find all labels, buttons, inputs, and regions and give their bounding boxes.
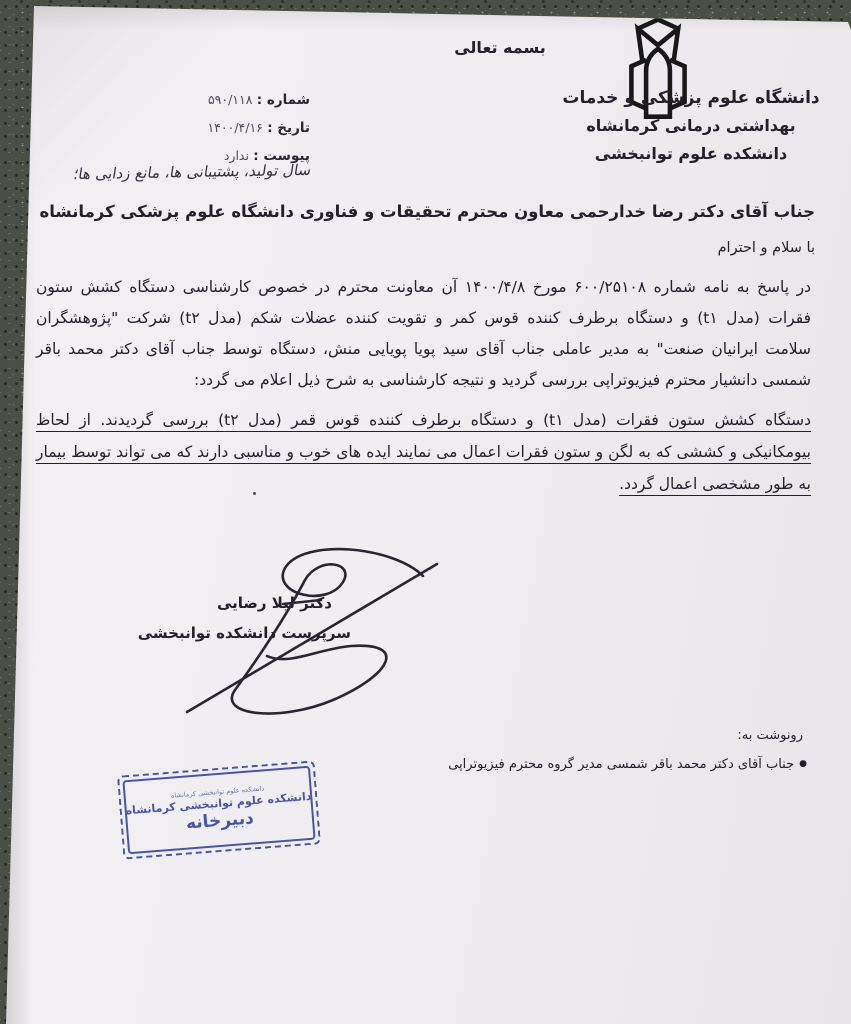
number-label: شماره :	[257, 92, 310, 108]
finding-line: دستگاه کشش ستون فقرات (مدل t۱) و دستگاه …	[36, 404, 811, 436]
photo-of-letter: بسمه تعالی دانشگاه علوم پزشکی و خدمات به…	[0, 0, 851, 1024]
meta-number: شماره : ۵۹۰/۱۱۸	[207, 86, 310, 114]
body-line: فقرات (مدل t۱) و دستگاه برطرف کننده قوس …	[36, 303, 811, 334]
letter-paper: بسمه تعالی دانشگاه علوم پزشکی و خدمات به…	[0, 0, 851, 1024]
body-line: سلامت ایرانیان صنعت" به مدیر عاملی جناب …	[36, 334, 811, 365]
letter-meta-block: شماره : ۵۹۰/۱۱۸ تاریخ : ۱۴۰۰/۴/۱۶ پیوست …	[207, 86, 310, 170]
header-line-1: دانشگاه علوم پزشکی و خدمات	[561, 84, 821, 112]
date-value: ۱۴۰۰/۴/۱۶	[207, 120, 262, 135]
addressee-line: جناب آقای دکتر رضا خدارحمی معاون محترم ت…	[39, 202, 815, 221]
finding-line: بیومکانیکی و کششی که به لگن و ستون فقرات…	[36, 436, 811, 468]
stamp-secretariat-label: دبیرخانه	[185, 808, 254, 833]
bullet-icon: ●	[799, 759, 807, 769]
header-line-3: دانشکده علوم توانبخشی	[561, 140, 821, 168]
year-slogan: سال تولید، پشتیبانی ها، مانع زدایی ها؛	[72, 161, 312, 183]
header-university-name: دانشگاه علوم پزشکی و خدمات بهداشتی درمان…	[561, 84, 821, 168]
cc-item: ●جناب آقای دکتر محمد باقر شمسی مدیر گروه…	[448, 757, 807, 772]
body-line: شمسی دانشیار محترم فیزیوتراپی بررسی گردی…	[36, 365, 811, 396]
stamp-inner-border: دانشکده علوم توانبخشی کرمانشاه دانشکده ع…	[122, 766, 315, 855]
paper-speck	[253, 492, 256, 495]
salutation: با سلام و احترام	[718, 240, 815, 256]
header-line-2: بهداشتی درمانی کرمانشاه	[561, 112, 821, 140]
expert-finding-paragraph: دستگاه کشش ستون فقرات (مدل t۱) و دستگاه …	[36, 404, 811, 500]
finding-line: به طور مشخصی اعمال گردد.	[36, 468, 811, 500]
handwritten-signature	[135, 538, 475, 728]
attachment-value: ندارد	[224, 148, 249, 163]
cc-label: رونوشت به:	[737, 728, 803, 743]
number-value: ۵۹۰/۱۱۸	[208, 92, 253, 107]
cc-item-text: جناب آقای دکتر محمد باقر شمسی مدیر گروه …	[448, 757, 794, 772]
body-paragraph: در پاسخ به نامه شماره ۶۰۰/۲۵۱۰۸ مورخ ۱۴۰…	[36, 272, 811, 396]
bismillah-text: بسمه تعالی	[400, 38, 600, 57]
meta-date: تاریخ : ۱۴۰۰/۴/۱۶	[207, 114, 310, 142]
stamp-outer-border: دانشکده علوم توانبخشی کرمانشاه دانشکده ع…	[117, 760, 321, 859]
secretariat-stamp: دانشکده علوم توانبخشی کرمانشاه دانشکده ع…	[117, 760, 321, 859]
body-line: در پاسخ به نامه شماره ۶۰۰/۲۵۱۰۸ مورخ ۱۴۰…	[36, 272, 811, 303]
date-label: تاریخ :	[267, 120, 310, 136]
